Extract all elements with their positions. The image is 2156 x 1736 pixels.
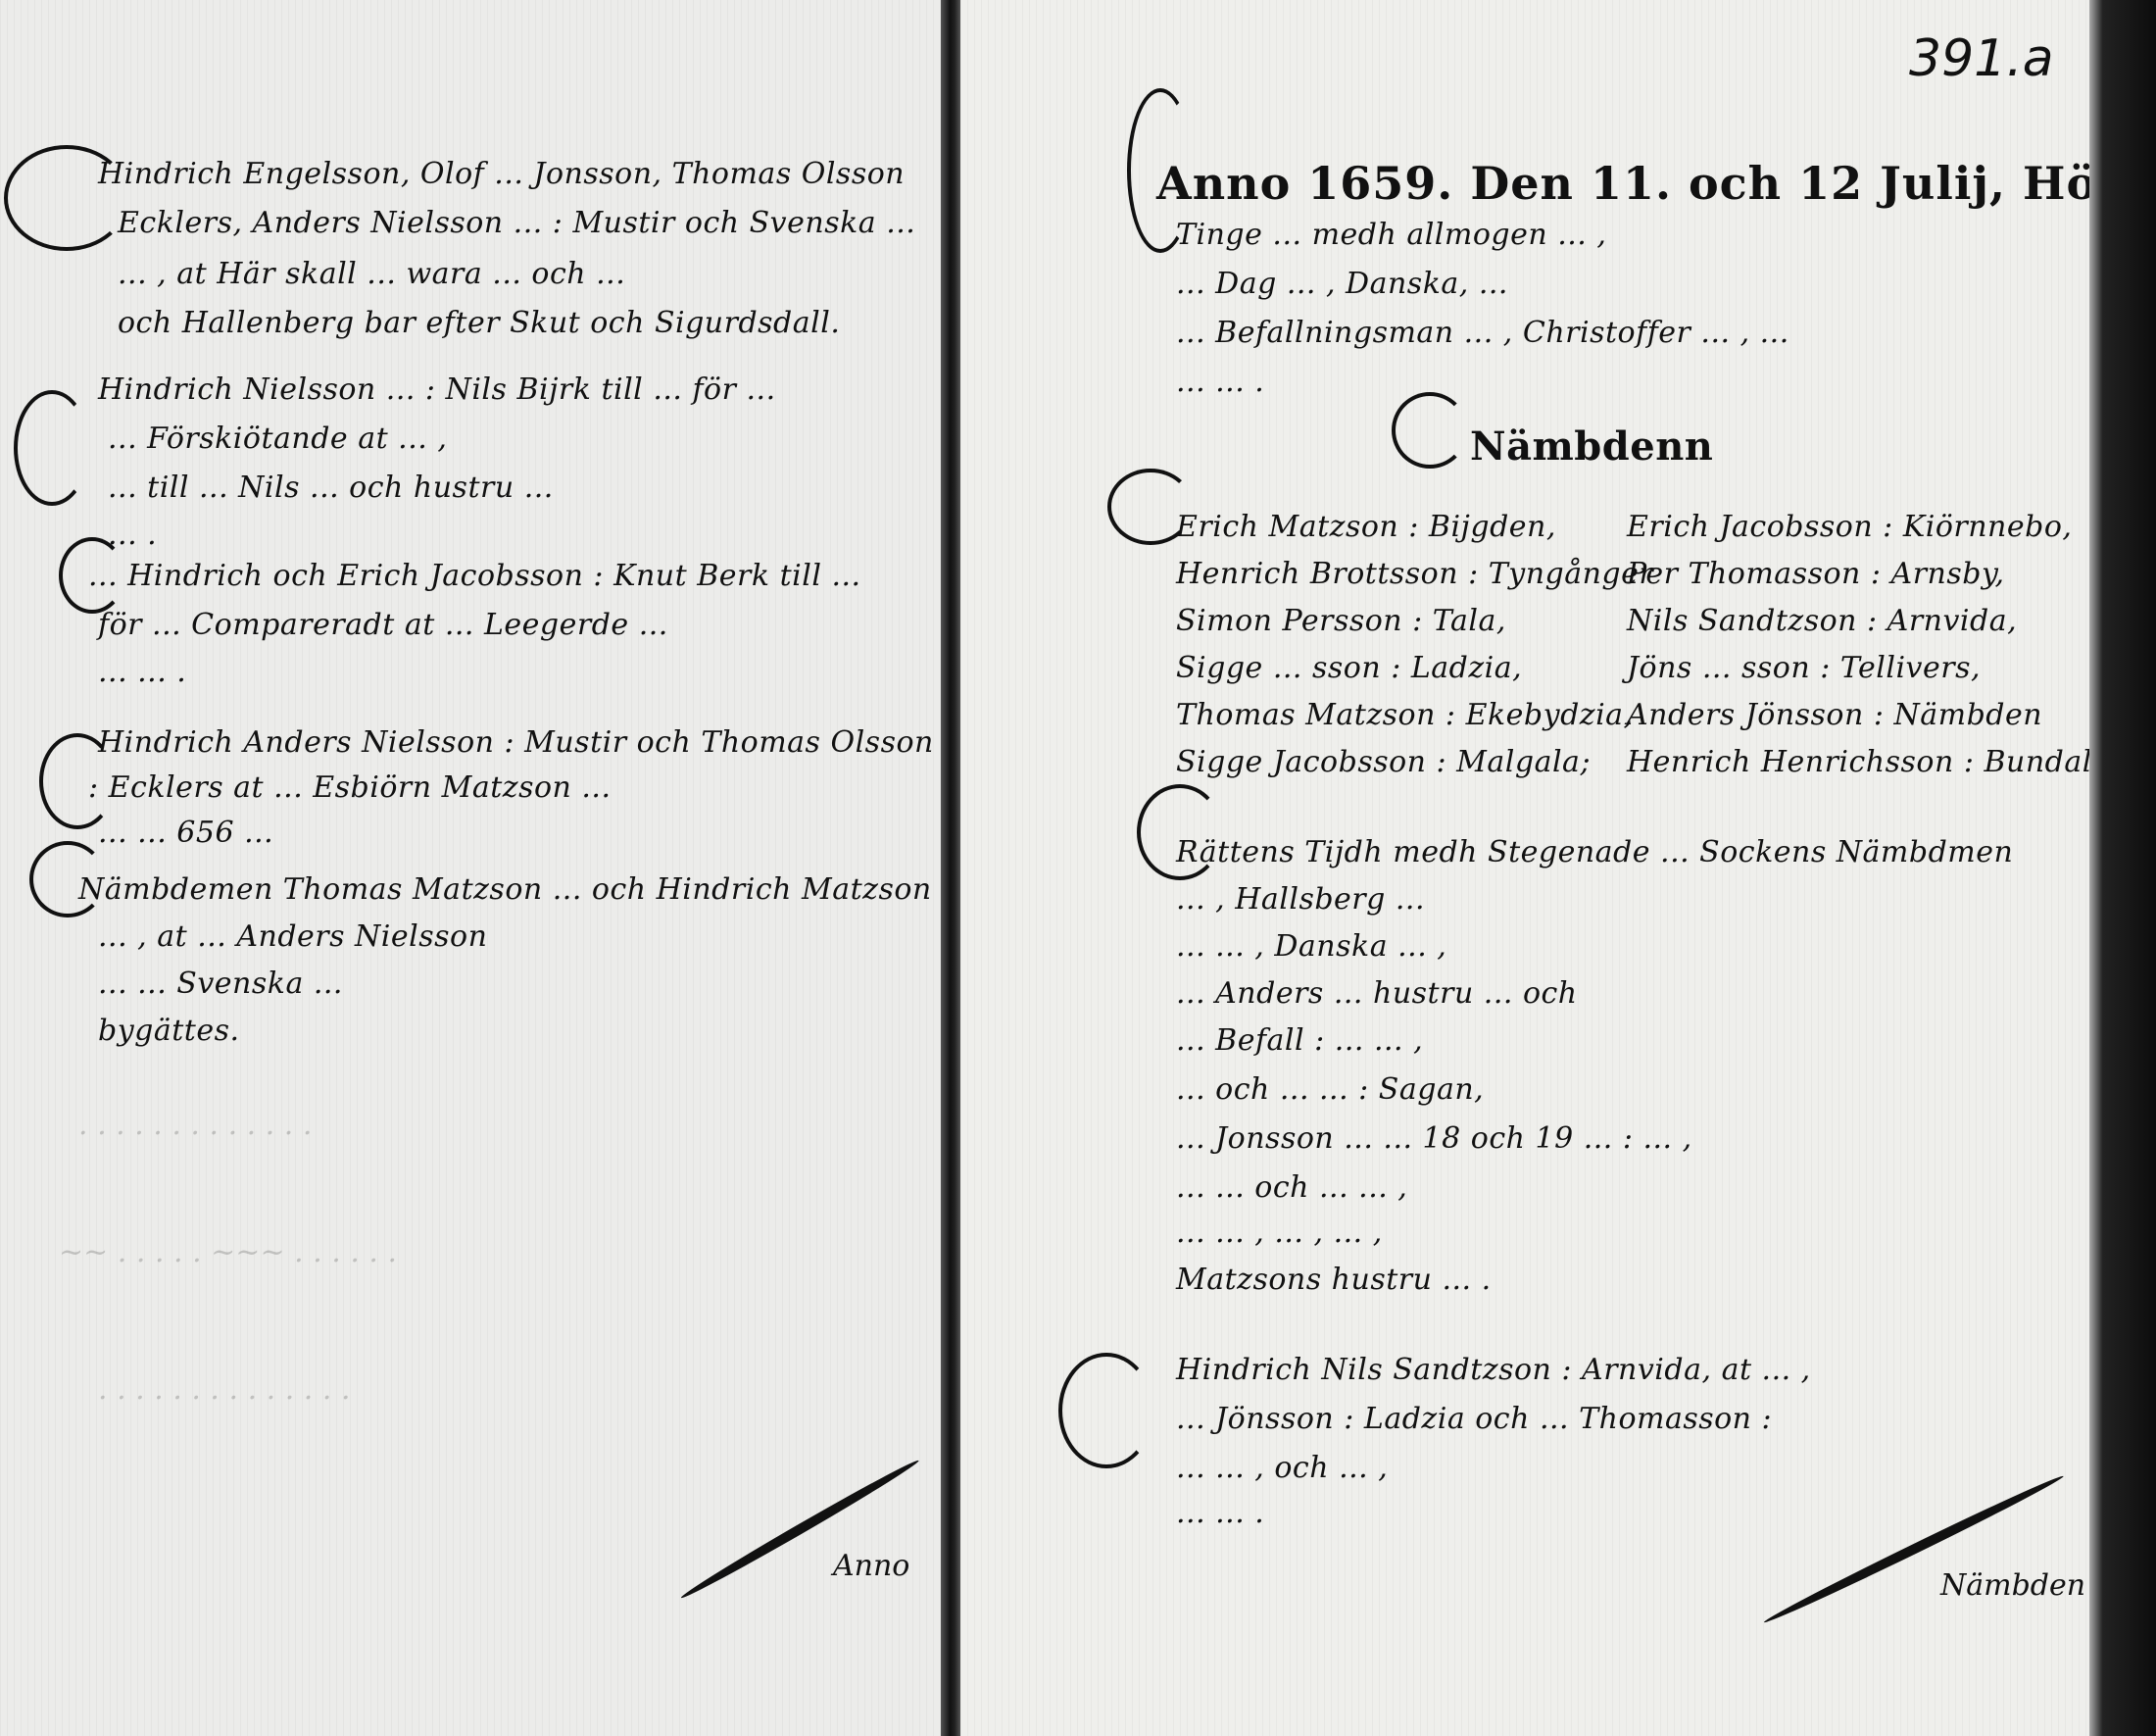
bleed-through-text: ~~ . . . . . ~~~ . . . . . .	[59, 1235, 397, 1269]
text-line: ... ... , Danska ... ,	[1176, 929, 1446, 964]
left-page: . . . . . . . . . . . . . ~~ . . . . . ~…	[0, 0, 949, 1736]
text-line: Ecklers, Anders Nielsson ... : Mustir oc…	[118, 206, 915, 240]
text-line: ... ... Svenska ...	[98, 967, 343, 1001]
bleed-through-text: . . . . . . . . . . . . .	[78, 1108, 312, 1142]
text-line: ... ... .	[1176, 1496, 1264, 1530]
text-line: Matzsons hustru ... .	[1176, 1263, 1492, 1297]
initial-flourish	[1392, 392, 1468, 469]
book-edge	[2089, 0, 2156, 1736]
text-line: ... Förskiötande at ... ,	[108, 422, 447, 456]
initial-flourish	[1058, 1353, 1154, 1468]
text-line: ... Befallningsman ... , Christoffer ...…	[1176, 316, 1789, 350]
closing-swash	[1762, 1471, 2066, 1626]
text-line: Hindrich Nils Sandtzson : Arnvida, at ..…	[1176, 1353, 1811, 1387]
right-page: 391.a Anno 1659. Den 11. och 12 Julij, H…	[960, 0, 2089, 1736]
record-heading: Anno 1659. Den 11. och 12 Julij, Höltz S…	[1156, 157, 2089, 210]
text-line: ... , at Här skall ... wara ... och ...	[118, 257, 625, 291]
text-line: ... Hindrich och Erich Jacobsson : Knut …	[88, 559, 861, 593]
text-line: ... ... och ... ... ,	[1176, 1170, 1407, 1205]
text-line: : Ecklers at ... Esbiörn Matzson ...	[88, 770, 612, 805]
jury-row: Sigge ... sson : Ladzia,Jöns ... sson : …	[1176, 651, 2078, 685]
text-line: Tinge ... medh allmogen ... ,	[1176, 218, 1606, 252]
bleed-through-text: . . . . . . . . . . . . . .	[98, 1372, 350, 1407]
text-line: Hindrich Engelsson, Olof ... Jonsson, Th…	[98, 157, 905, 191]
text-line: ... ... .	[98, 655, 186, 689]
jury-row: Erich Matzson : Bijgden,Erich Jacobsson …	[1176, 510, 2078, 544]
text-line: ... Jönsson : Ladzia och ... Thomasson :	[1176, 1402, 1772, 1436]
catchword: Nämbden	[1940, 1568, 2085, 1603]
jury-row: Simon Persson : Tala,Nils Sandtzson : Ar…	[1176, 604, 2078, 638]
text-line: ... och ... ... : Sagan,	[1176, 1072, 1484, 1107]
catchword: Anno	[833, 1549, 909, 1583]
text-line: Nämbdemen Thomas Matzson ... och Hindric…	[78, 872, 949, 907]
initial-flourish	[14, 390, 90, 506]
text-line: ... Jonsson ... ... 18 och 19 ... : ... …	[1176, 1121, 1692, 1156]
text-line: ... ... .	[1176, 365, 1264, 399]
text-line: ... ... 656 ...	[98, 816, 273, 850]
text-line: ... , at ... Anders Nielsson	[98, 919, 487, 954]
text-line: och Hallenberg bar efter Skut och Sigurd…	[118, 306, 840, 340]
text-line: för ... Compareradt at ... Leegerde ...	[98, 608, 668, 642]
text-line: ... Befall : ... ... ,	[1176, 1023, 1423, 1058]
section-title: Nämbdenn	[1470, 423, 1713, 470]
text-line: ... ... , och ... ,	[1176, 1451, 1388, 1485]
text-line: Hindrich Anders Nielsson : Mustir och Th…	[98, 725, 934, 760]
text-line: Hindrich Nielsson ... : Nils Bijrk till …	[98, 372, 776, 407]
text-line: ... .	[108, 518, 157, 552]
folio-number: 391.a	[1909, 29, 2054, 88]
text-line: ... , Hallsberg ...	[1176, 882, 1425, 917]
text-line: ... Dag ... , Danska, ...	[1176, 267, 1508, 301]
text-line: ... ... , ... , ... ,	[1176, 1215, 1383, 1250]
jury-row: Henrich Brottsson : TyngångerPer Thomass…	[1176, 557, 2078, 591]
text-line: ... till ... Nils ... och hustru ...	[108, 471, 554, 505]
jury-row: Thomas Matzson : Ekebydzia,Anders Jönsso…	[1176, 698, 2078, 732]
text-line: bygättes.	[98, 1014, 240, 1048]
text-line: Rättens Tijdh medh Stegenade ... Sockens…	[1176, 835, 2013, 869]
text-line: ... Anders ... hustru ... och	[1176, 976, 1578, 1011]
jury-row: Sigge Jacobsson : Malgala;Henrich Henric…	[1176, 745, 2078, 779]
